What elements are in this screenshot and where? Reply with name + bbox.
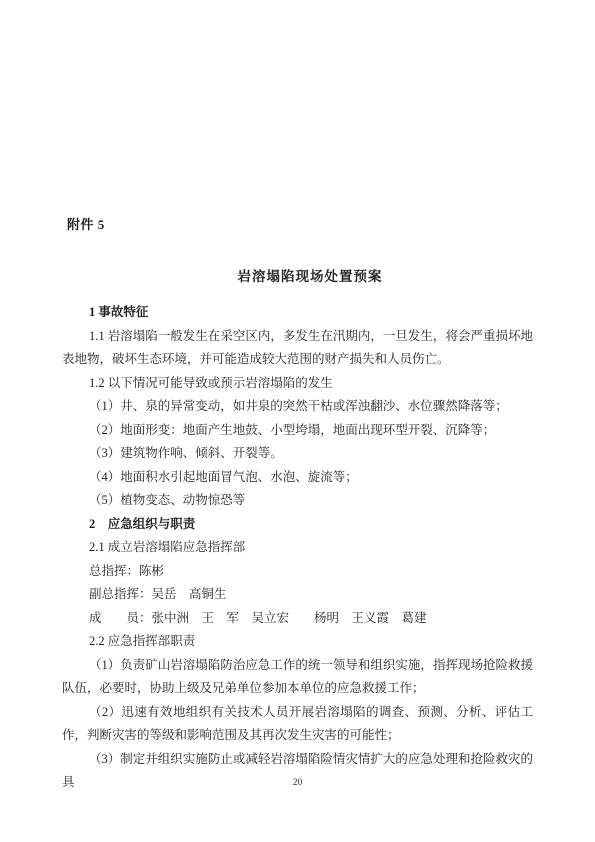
section-1-heading: 1 事故特征 bbox=[62, 301, 533, 325]
attachment-label: 附件 5 bbox=[67, 214, 105, 233]
list-item-1: （1）井、泉的异常变动，如井泉的突然干枯或浑浊翻沙、水位骤然降落等； bbox=[62, 395, 533, 419]
paragraph-1-1: 1.1 岩溶塌陷一般发生在采空区内，多发生在汛期内，一旦发生，将会严重损坏地表地… bbox=[62, 325, 533, 372]
list-item-3: （3）建筑物作响、倾斜、开裂等。 bbox=[62, 442, 533, 466]
list-item-2: （2）地面形变：地面产生地鼓、小型垮塌，地面出现环型开裂、沉降等； bbox=[62, 419, 533, 443]
document-title: 岩溶塌陷现场处置预案 bbox=[62, 265, 533, 285]
paragraph-1-2: 1.2 以下情况可能导致或预示岩溶塌陷的发生 bbox=[62, 372, 533, 396]
document-page: 附件 5 岩溶塌陷现场处置预案 1 事故特征 1.1 岩溶塌陷一般发生在采空区内… bbox=[0, 0, 595, 842]
roster-chief-commander: 总指挥：陈彬 bbox=[62, 560, 533, 584]
page-number: 20 bbox=[0, 778, 595, 788]
roster-deputy-commanders: 副总指挥：吴岳 高铜生 bbox=[62, 583, 533, 607]
paragraph-2-2: 2.2 应急指挥部职责 bbox=[62, 630, 533, 654]
duty-item-2: （2）迅速有效地组织有关技术人员开展岩溶塌陷的调查、预测、分析、评估工作，判断灾… bbox=[62, 701, 533, 748]
list-item-4: （4）地面积水引起地面冒气泡、水泡、旋流等； bbox=[62, 466, 533, 490]
duty-item-1: （1）负责矿山岩溶塌陷防治应急工作的统一领导和组织实施，指挥现场抢险救援队伍，必… bbox=[62, 654, 533, 701]
roster-members: 成 员：张中洲 王 军 吴立宏 杨明 王义霞 葛建 bbox=[62, 607, 533, 631]
list-item-5: （5）植物变态、动物惊恐等 bbox=[62, 489, 533, 513]
section-2-heading: 2 应急组织与职责 bbox=[62, 513, 533, 537]
paragraph-2-1: 2.1 成立岩溶塌陷应急指挥部 bbox=[62, 536, 533, 560]
document-body: 1 事故特征 1.1 岩溶塌陷一般发生在采空区内，多发生在汛期内，一旦发生，将会… bbox=[62, 301, 533, 795]
